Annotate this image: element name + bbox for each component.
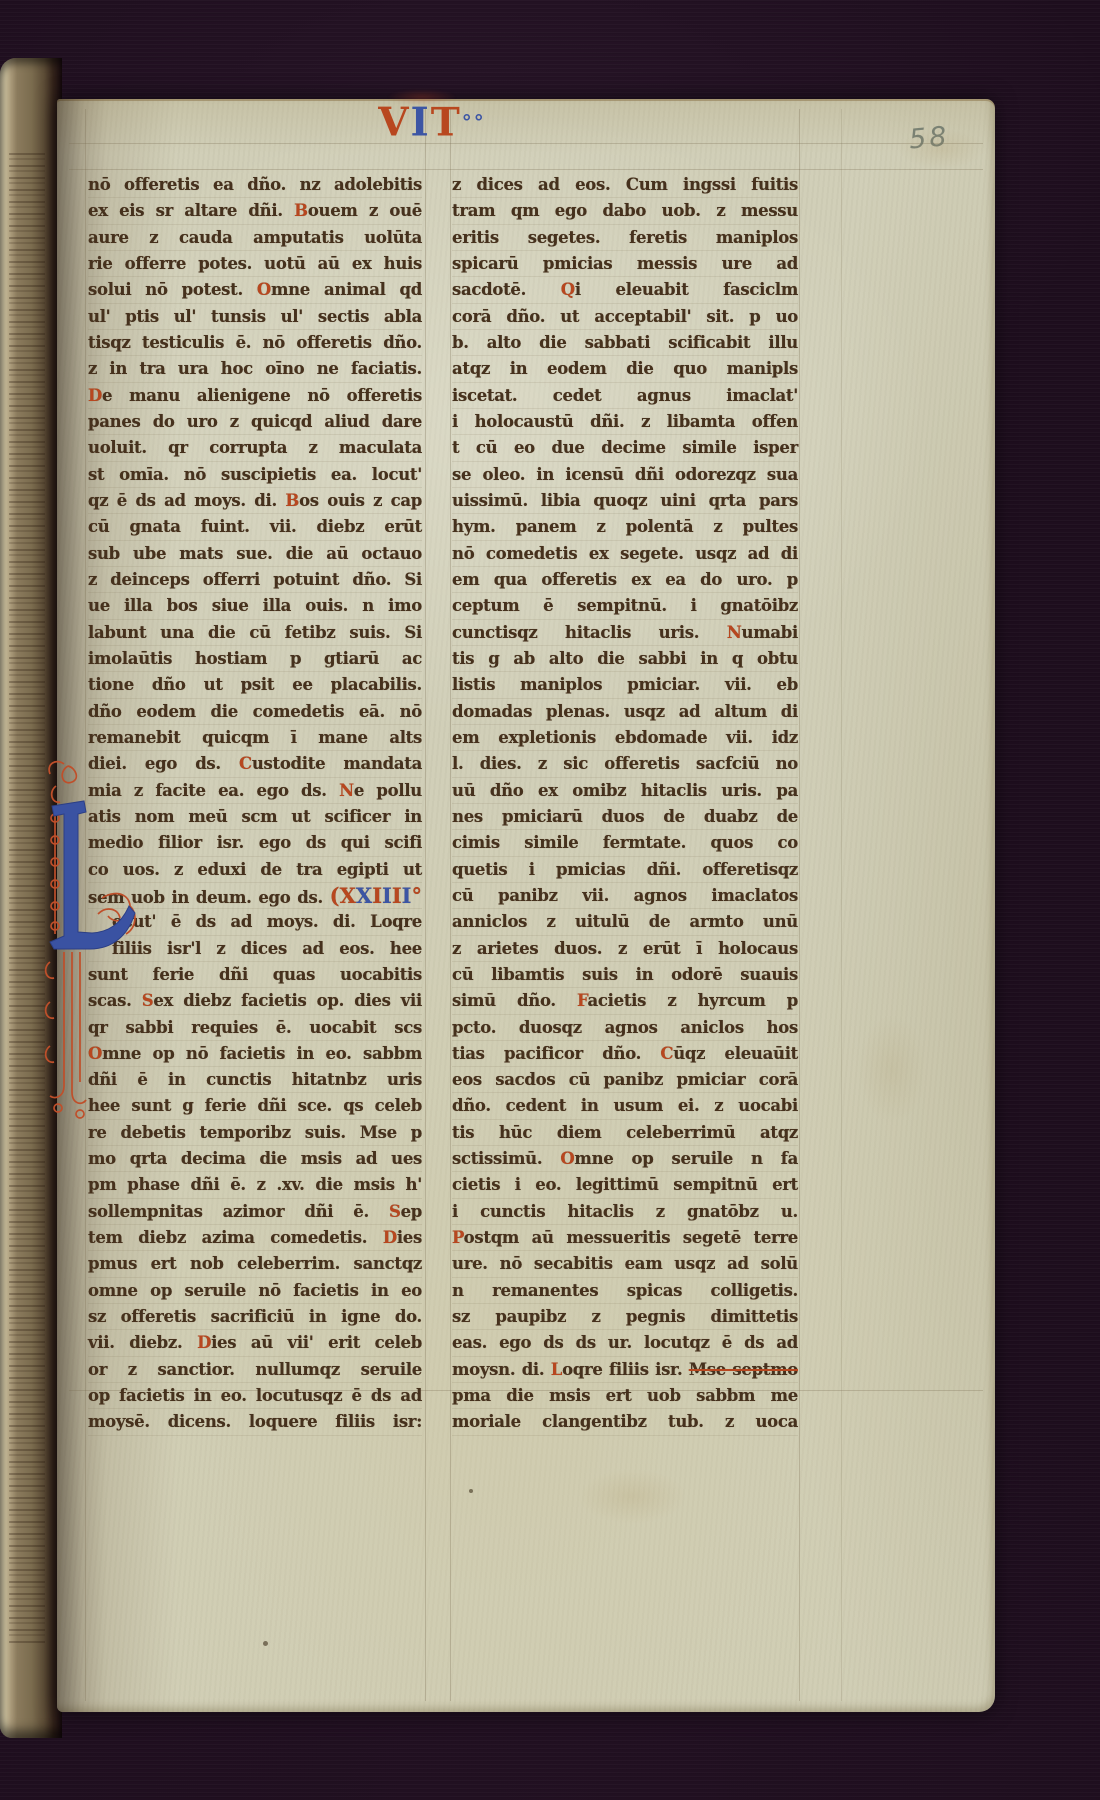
text-line: medio filior isr. ego ds qui scifi	[88, 830, 422, 856]
ink-speck	[263, 1641, 268, 1646]
text-line: rie offerre potes. uotū aū ex huis	[88, 251, 422, 277]
text-line: b. alto die sabbati scificabit illu	[452, 330, 798, 356]
ruling-line-vertical	[799, 109, 800, 1701]
text-line: ure. nō secabitis eam usqz ad solū	[452, 1251, 798, 1277]
text-line: dño eodem die comedetis eā. nō	[88, 699, 422, 725]
text-line: pmus ert nob celeberrim. sanctqz	[88, 1251, 422, 1277]
text-line: ex eis sr altare dñi. Bouem z ouē	[88, 198, 422, 224]
text-line: diei. ego ds. Custodite mandata	[88, 751, 422, 777]
text-line: filiis isr'l z dices ad eos. hee	[88, 936, 422, 962]
text-line: nes pmiciarū duos de duabz de	[452, 804, 798, 830]
text-line: panes do uro z quicqd aliud dare	[88, 409, 422, 435]
text-line: scas. Sex diebz facietis op. dies vii	[88, 988, 422, 1014]
text-line: sz offeretis sacrificiū in igne do.	[88, 1304, 422, 1330]
text-line: cū gnata fuint. vii. diebz erūt	[88, 514, 422, 540]
text-line: qz ē ds ad moys. di. Bos ouis z cap	[88, 488, 422, 514]
text-line: l. dies. z sic offeretis sacfciū no	[452, 751, 798, 777]
text-line: remanebit quicqm ī mane alts	[88, 725, 422, 751]
text-line: domadas plenas. usqz ad altum di	[452, 699, 798, 725]
ink-speck	[469, 1489, 473, 1493]
text-line: sem uob in deum. ego ds. (XXIIII°	[88, 883, 422, 909]
text-line: i holocaustū dñi. z libamta offen	[452, 409, 798, 435]
ruling-line-vertical	[425, 109, 426, 1701]
text-line: imolaūtis hostiam p gtiarū ac	[88, 646, 422, 672]
text-line: cū panibz vii. agnos imaclatos	[452, 883, 798, 909]
text-line: vii. diebz. Dies aū vii' erit celeb	[88, 1330, 422, 1356]
text-line: aure z cauda amputatis uolūta	[88, 225, 422, 251]
running-title-letter: °°	[462, 110, 486, 134]
text-line: tem diebz azima comedetis. Dies	[88, 1225, 422, 1251]
chapter-number: (XXIIII°	[330, 888, 422, 907]
ruling-line-vertical	[85, 109, 86, 1701]
text-line: corā dño. ut acceptabil' sit. p uo	[452, 304, 798, 330]
text-line: eas. ego ds ds ur. locutqz ē ds ad	[452, 1330, 798, 1356]
parchment-stain	[577, 1469, 687, 1524]
text-line: sacdotē. Qi eleuabit fasciclm	[452, 277, 798, 303]
text-line: i cunctis hitaclis z gnatōbz u.	[452, 1199, 798, 1225]
text-line: em expletionis ebdomade vii. idz	[452, 725, 798, 751]
text-line: Omne op nō facietis in eo. sabbm	[88, 1041, 422, 1067]
text-line: op facietis in eo. locutusqz ē ds ad	[88, 1383, 422, 1409]
text-line: nō comedetis ex segete. usqz ad di	[452, 541, 798, 567]
text-line: n remanentes spicas colligetis.	[452, 1278, 798, 1304]
text-line: hee sunt g ferie dñi sce. qs celeb	[88, 1093, 422, 1119]
ruling-line-vertical	[450, 109, 451, 1701]
text-line: tis hūc diem celeberrimū atqz	[452, 1120, 798, 1146]
text-line: cunctisqz hitaclis uris. Numabi	[452, 620, 798, 646]
text-line: t cū eo due decime simile isper	[452, 435, 798, 461]
fore-edge-text-marks	[9, 153, 45, 1643]
text-line: z arietes duos. z erūt ī holocaus	[452, 936, 798, 962]
ruling-line-horizontal	[69, 143, 983, 144]
text-line: em qua offeretis ex ea do uro. p	[452, 567, 798, 593]
text-line: omne op seruile nō facietis in eo	[88, 1278, 422, 1304]
text-line: tias pacificor dño. Cūqz eleuaūit	[452, 1041, 798, 1067]
text-line: z in tra ura hoc oīno ne faciatis.	[88, 356, 422, 382]
text-line: sz paupibz z pegnis dimittetis	[452, 1304, 798, 1330]
running-title-letter: V	[378, 99, 410, 145]
parchment-stain	[857, 1014, 927, 1124]
text-line: moriale clangentibz tub. z uoca	[452, 1409, 798, 1435]
text-line: hym. panem z polentā z pultes	[452, 514, 798, 540]
text-line: se oleo. in icensū dñi odorezqz sua	[452, 462, 798, 488]
running-title-letter: I	[410, 99, 430, 145]
ruling-line-vertical	[841, 109, 842, 1701]
text-line: labunt una die cū fetibz suis. Si	[88, 620, 422, 646]
text-line: atis nom meū scm ut scificer in	[88, 804, 422, 830]
text-line: or z sanctior. nullumqz seruile	[88, 1357, 422, 1383]
text-line: sollempnitas azimor dñi ē. Sep	[88, 1199, 422, 1225]
text-line: tis g ab alto die sabbi in q obtu	[452, 646, 798, 672]
text-line: mo qrta decima die msis ad ues	[88, 1146, 422, 1172]
text-line: cū libamtis suis in odorē suauis	[452, 962, 798, 988]
photo-background: VIT°° 58 nō offeretis ea dño. nz adolebi…	[0, 0, 1100, 1800]
text-line: De manu alienigene nō offeretis	[88, 383, 422, 409]
running-title-letter: T	[431, 99, 462, 145]
text-line: cietis i eo. legittimū sempitnū ert	[452, 1172, 798, 1198]
text-line: cimis simile fermtate. quos co	[452, 830, 798, 856]
text-line: pma die msis ert uob sabbm me	[452, 1383, 798, 1409]
text-line: moysn. di. Loqre filiis isr. Mse septmo	[452, 1357, 798, 1383]
text-line: solui nō potest. Omne animal qd	[88, 277, 422, 303]
text-line: sctissimū. Omne op seruile n fa	[452, 1146, 798, 1172]
text-line: uissimū. libia quoqz uini qrta pars	[452, 488, 798, 514]
running-title: VIT°°	[357, 99, 507, 153]
text-line: sunt ferie dñi quas uocabitis	[88, 962, 422, 988]
text-line: pm phase dñi ē. z .xv. die msis h'	[88, 1172, 422, 1198]
book-fore-edges	[0, 58, 62, 1738]
text-line: z deinceps offerri potuint dño. Si	[88, 567, 422, 593]
text-line: ue illa bos siue illa ouis. n imo	[88, 593, 422, 619]
text-line: qr sabbi requies ē. uocabit scs	[88, 1015, 422, 1041]
text-line: z dices ad eos. Cum ingssi fuitis	[452, 172, 798, 198]
ruling-line-horizontal	[69, 169, 983, 170]
text-line: ul' ptis ul' tunsis ul' sectis abla	[88, 304, 422, 330]
text-line: dño. cedent in usum ei. z uocabi	[452, 1093, 798, 1119]
text-line: eos sacdos cū panibz pmiciar corā	[452, 1067, 798, 1093]
text-line: quetis i pmicias dñi. offeretisqz	[452, 857, 798, 883]
text-line: uoluit. qr corrupta z maculata	[88, 435, 422, 461]
text-line: spicarū pmicias messis ure ad	[452, 251, 798, 277]
text-line: sub ube mats sue. die aū octauo	[88, 541, 422, 567]
text-line: mia z facite ea. ego ds. Ne pollu	[88, 778, 422, 804]
text-line: nō offeretis ea dño. nz adolebitis	[88, 172, 422, 198]
text-line: ocut' ē ds ad moys. di. Loqre	[88, 909, 422, 935]
text-line: eritis segetes. feretis maniplos	[452, 225, 798, 251]
folio-number: 58	[908, 118, 990, 156]
text-line: tram qm ego dabo uob. z messu	[452, 198, 798, 224]
text-line: re debetis temporibz suis. Mse p	[88, 1120, 422, 1146]
text-line: ceptum ē sempitnū. i gnatōibz	[452, 593, 798, 619]
text-line: st omīa. nō suscipietis ea. locut'	[88, 462, 422, 488]
text-line: co uos. z eduxi de tra egipti ut	[88, 857, 422, 883]
text-line: tione dño ut psit ee placabilis.	[88, 672, 422, 698]
text-line: atqz in eodem die quo manipls	[452, 356, 798, 382]
text-line: simū dño. Facietis z hyrcum p	[452, 988, 798, 1014]
text-line: dñi ē in cunctis hitatnbz uris	[88, 1067, 422, 1093]
manuscript-page: VIT°° 58 nō offeretis ea dño. nz adolebi…	[57, 99, 995, 1712]
text-line: tisqz testiculis ē. nō offeretis dño.	[88, 330, 422, 356]
text-line: Postqm aū messueritis segetē terre	[452, 1225, 798, 1251]
text-line: moysē. dicens. loquere filiis isr:	[88, 1409, 422, 1435]
text-line: iscetat. cedet agnus imaclat'	[452, 383, 798, 409]
text-line: anniclos z uitulū de armto unū	[452, 909, 798, 935]
text-line: listis maniplos pmiciar. vii. eb	[452, 672, 798, 698]
text-column-right: z dices ad eos. Cum ingssi fuitistram qm…	[452, 172, 798, 1436]
text-line: pcto. duosqz agnos aniclos hos	[452, 1015, 798, 1041]
text-column-left: nō offeretis ea dño. nz adolebitisex eis…	[88, 172, 422, 1436]
text-line: uū dño ex omibz hitaclis uris. pa	[452, 778, 798, 804]
